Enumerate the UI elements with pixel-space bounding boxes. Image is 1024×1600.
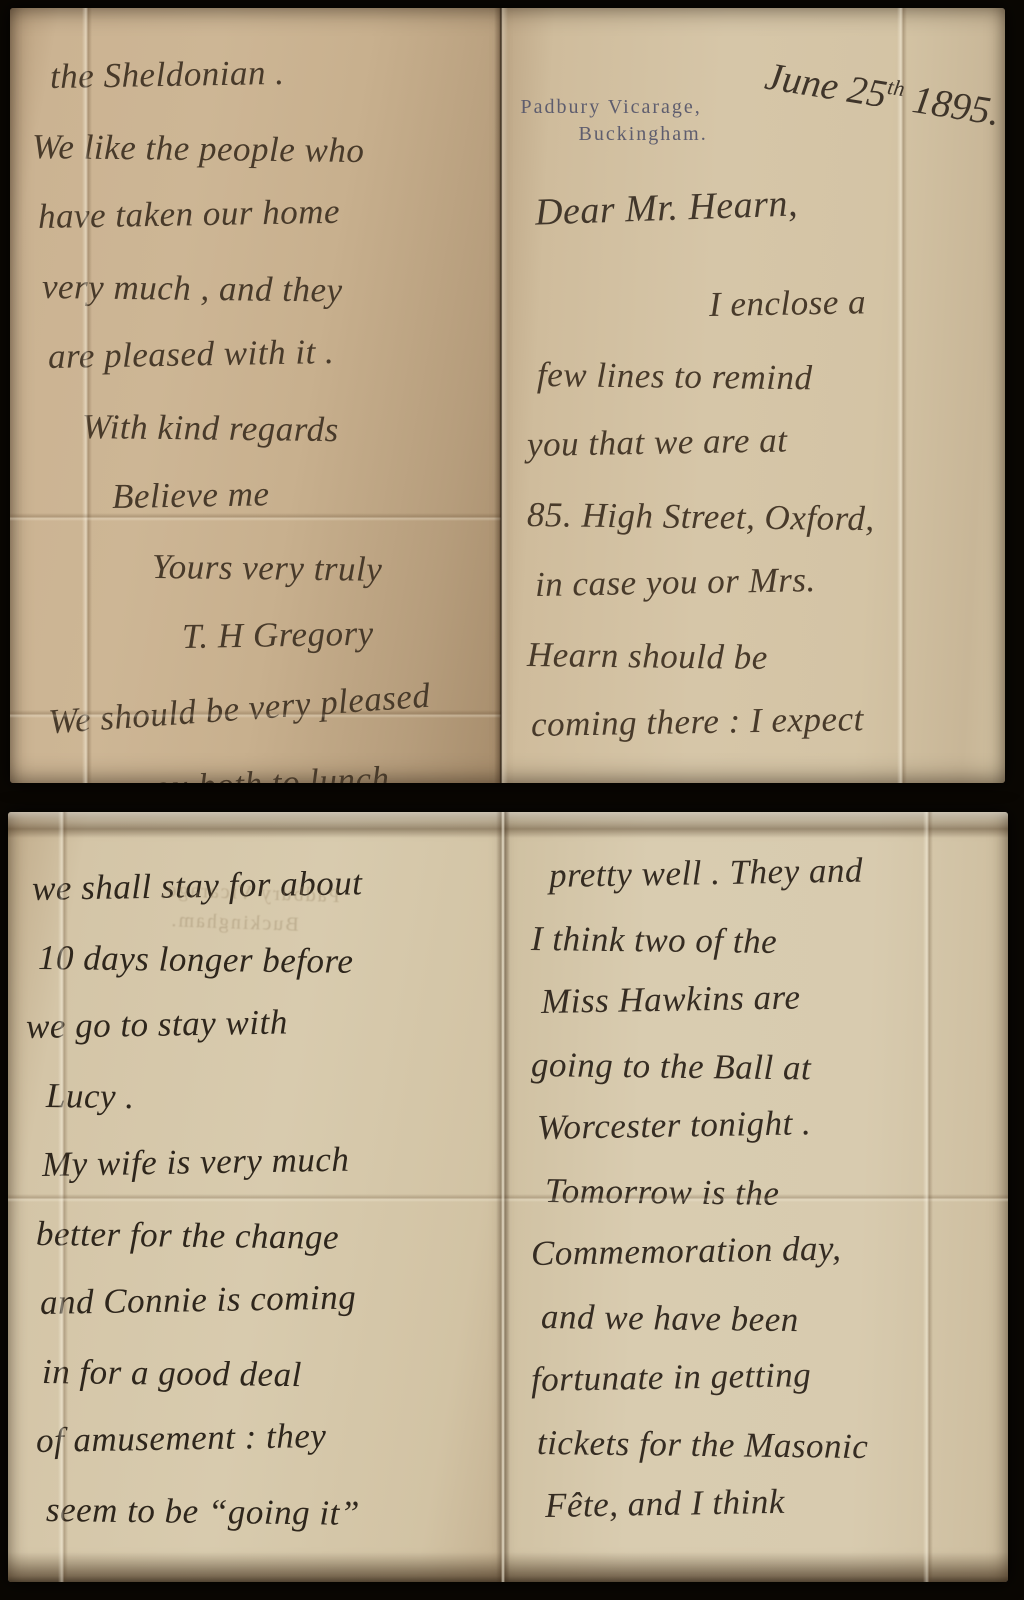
letter-scan-bottom: Padbury Vicarage, Buckingham. we shall s… [8, 812, 1008, 1582]
letter-page-two: Padbury Vicarage, Buckingham. we shall s… [8, 812, 503, 1582]
letter-line: seem to be “going it” [46, 1475, 504, 1550]
embossed-letterhead-watermark: Padbury Vicarage, Buckingham. [157, 875, 340, 941]
horizontal-crease [10, 513, 501, 521]
letter-scan-top: the Sheldonian . We like the people who … [10, 8, 1005, 783]
salutation: Dear Mr. Hearn, [534, 181, 798, 234]
watermark-line: Buckingham. [157, 905, 299, 940]
letter-line: pretty well . They and [548, 836, 1008, 907]
letter-line: in case you or Mrs. [534, 542, 1005, 620]
letter-line: Yours very truly [152, 532, 501, 606]
horizontal-crease [10, 710, 501, 718]
letter-line: you that we are at [526, 402, 1005, 480]
letter-line: My wife is very much [41, 1122, 503, 1199]
letter-line: the Sheldonian . [49, 34, 501, 112]
letter-line: I enclose a [708, 265, 1005, 340]
letter-line: and Connie is coming [39, 1260, 503, 1337]
letter-line: Miss Hawkins are [540, 962, 1008, 1033]
date-ordinal: th [886, 74, 907, 101]
letter-line: have taken our home [37, 174, 501, 252]
letterhead-line: Padbury Vicarage, [521, 94, 708, 121]
vertical-crease [82, 8, 92, 783]
letterhead-line: Buckingham. [579, 121, 708, 148]
letter-page-closing: the Sheldonian . We like the people who … [10, 8, 501, 783]
letter-line: we go to stay with [25, 984, 503, 1061]
letter-line: are pleased with it . [47, 314, 501, 392]
printed-letterhead: Padbury Vicarage, Buckingham. [521, 94, 708, 148]
center-fold-line [494, 8, 508, 783]
letter-line: fortunate in getting [530, 1340, 1008, 1411]
center-fold-line [496, 812, 510, 1582]
letter-page-opening: Padbury Vicarage, Buckingham. June 25th … [501, 8, 1005, 783]
letter-page-three: pretty well . They and I think two of th… [503, 812, 1008, 1582]
letter-line: Worcester tonight . [536, 1088, 1008, 1159]
vertical-crease [923, 812, 933, 1582]
vertical-crease [897, 8, 907, 783]
horizontal-crease [8, 1194, 503, 1202]
scan-background: the Sheldonian . We like the people who … [0, 0, 1024, 1600]
letter-line: Commemoration day, [530, 1214, 1008, 1285]
letter-line: of amusement : they [35, 1398, 503, 1475]
postscript-block: We should be very pleased to see you bot… [29, 664, 506, 783]
letter-line: Fête, and I think [544, 1466, 1008, 1537]
letter-line: coming there : I expect [530, 682, 1005, 760]
